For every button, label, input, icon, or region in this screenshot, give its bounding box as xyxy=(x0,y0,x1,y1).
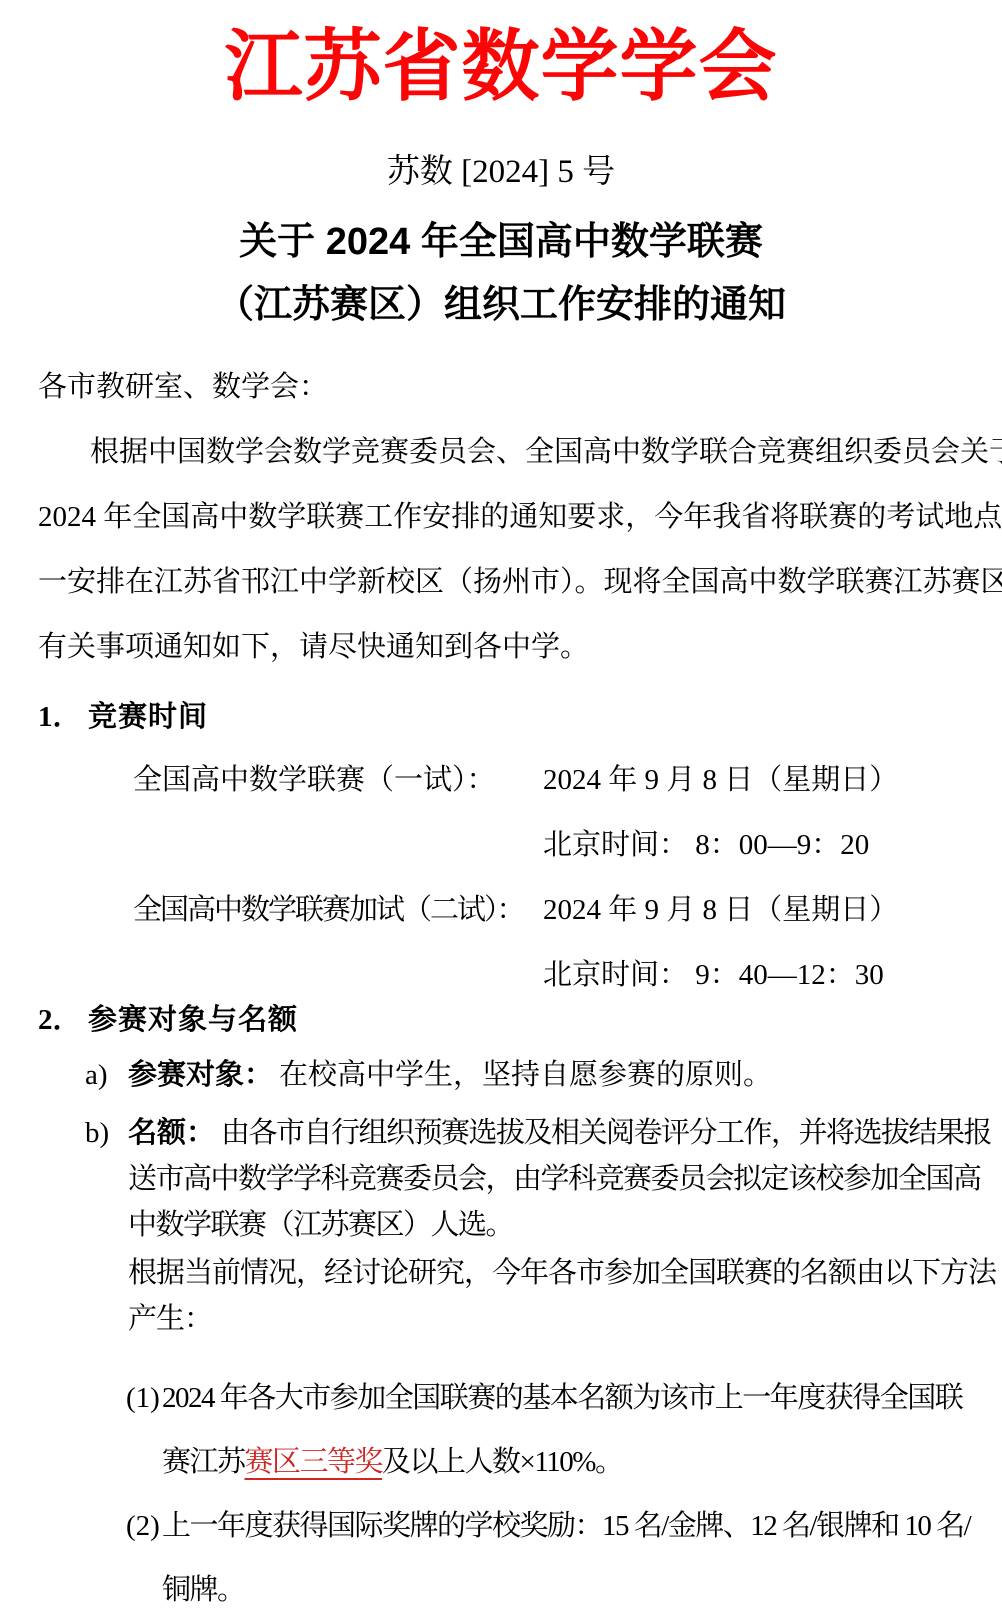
schedule-row-3-value: 2024 年 9 月 8 日（星期日） xyxy=(543,878,958,943)
item-a: a) 参赛对象：在校高中学生，坚持自愿参赛的原则。 xyxy=(38,1050,958,1100)
schedule-row-2: 北京时间： 8：00—9：20 xyxy=(133,813,958,878)
notice-document: 江苏省数学学会 苏数 [2024] 5 号 关于 2024 年全国高中数学联赛 … xyxy=(0,0,1002,1617)
schedule-row-1-label: 全国高中数学联赛（一试）： xyxy=(133,748,543,813)
list-item-2-marker: (2) xyxy=(126,1494,160,1558)
section-1-number: 1． xyxy=(38,692,88,742)
intro-line-1: 根据中国数学会数学竞赛委员会、全国高中数学联合竞赛组织委员会关于 xyxy=(38,420,958,485)
schedule-row-3-label: 全国高中数学联赛加试（二试）： xyxy=(133,878,543,943)
doc-number: 苏数 [2024] 5 号 xyxy=(0,152,1002,192)
section-1-heading: 1．竞赛时间 xyxy=(38,692,958,742)
salutation: 各市教研室、数学会： xyxy=(38,355,958,420)
org-title: 江苏省数学学会 xyxy=(0,0,1002,112)
item-b-line-2: 送市高中数学学科竞赛委员会，由学科竞赛委员会拟定该校参加全国高 xyxy=(128,1156,958,1202)
list-item-1-line-2-post: 及以上人数×110%。 xyxy=(382,1446,622,1478)
intro-line-2: 2024 年全国高中数学联赛工作安排的通知要求，今年我省将联赛的考试地点统 xyxy=(38,485,958,550)
list-item-1-marker: (1) xyxy=(126,1366,160,1430)
list-item-1-line-2-pre: 赛江苏 xyxy=(162,1446,245,1478)
item-a-text: 在校高中学生，坚持自愿参赛的原则。 xyxy=(279,1059,772,1091)
quota-paragraph-line-1: 根据当前情况，经讨论研究，今年各市参加全国联赛的名额由以下方法 xyxy=(128,1250,958,1296)
doc-title-line2: （江苏赛区）组织工作安排的通知 xyxy=(0,283,1002,327)
schedule-row-1: 全国高中数学联赛（一试）： 2024 年 9 月 8 日（星期日） xyxy=(133,748,958,813)
section-2-number: 2． xyxy=(38,998,88,1042)
item-b-line-1: 名额：由各市自行组织预赛选拔及相关阅卷评分工作，并将选拔结果报 xyxy=(128,1110,958,1156)
schedule-row-3: 全国高中数学联赛加试（二试）： 2024 年 9 月 8 日（星期日） xyxy=(133,878,958,943)
schedule-row-2-value: 北京时间： 8：00—9：20 xyxy=(543,813,958,878)
item-a-label: 参赛对象： xyxy=(128,1059,273,1091)
competition-schedule: 全国高中数学联赛（一试）： 2024 年 9 月 8 日（星期日） 北京时间： … xyxy=(38,748,958,1008)
list-item-1-line-2: 赛江苏赛区三等奖及以上人数×110%。 xyxy=(162,1430,958,1494)
quota-paragraph-line-2: 产生： xyxy=(128,1296,958,1342)
doc-title-line1: 关于 2024 年全国高中数学联赛 xyxy=(0,220,1002,264)
intro-line-4: 有关事项通知如下，请尽快通知到各中学。 xyxy=(38,615,958,680)
schedule-row-1-value: 2024 年 9 月 8 日（星期日） xyxy=(543,748,958,813)
quota-rules-list: (1) 2024 年各大市参加全国联赛的基本名额为该市上一年度获得全国联 赛江苏… xyxy=(38,1366,958,1617)
intro-paragraph: 各市教研室、数学会： 根据中国数学会数学竞赛委员会、全国高中数学联合竞赛组织委员… xyxy=(38,355,958,680)
item-b-label: 名额： xyxy=(128,1117,215,1149)
item-b-marker: b) xyxy=(85,1110,109,1156)
item-a-marker: a) xyxy=(85,1050,108,1100)
third-prize-highlight: 赛区三等奖 xyxy=(245,1446,383,1478)
quota-method-paragraph: 根据当前情况，经讨论研究，今年各市参加全国联赛的名额由以下方法 产生： xyxy=(38,1250,958,1342)
schedule-row-2-label xyxy=(133,813,543,878)
intro-line-3: 一安排在江苏省邗江中学新校区（扬州市）。现将全国高中数学联赛江苏赛区的 xyxy=(38,550,958,615)
item-b-line-1-text: 由各市自行组织预赛选拔及相关阅卷评分工作，并将选拔结果报 xyxy=(221,1117,991,1149)
section-2-title: 参赛对象与名额 xyxy=(88,1004,298,1036)
list-item-2-line-2: 铜牌。 xyxy=(162,1558,958,1617)
list-item-1-line-1: 2024 年各大市参加全国联赛的基本名额为该市上一年度获得全国联 xyxy=(162,1366,958,1430)
document-body: 各市教研室、数学会： 根据中国数学会数学竞赛委员会、全国高中数学联合竞赛组织委员… xyxy=(0,355,1002,1617)
list-item-2: (2) 上一年度获得国际奖牌的学校奖励：15 名/金牌、12 名/银牌和 10 … xyxy=(38,1494,958,1617)
list-item-2-line-1: 上一年度获得国际奖牌的学校奖励：15 名/金牌、12 名/银牌和 10 名/ xyxy=(162,1494,958,1558)
item-b-line-3: 中数学联赛（江苏赛区）人选。 xyxy=(128,1202,958,1248)
schedule-row-4-value: 北京时间： 9：40—12：30 xyxy=(543,943,958,1008)
list-item-1: (1) 2024 年各大市参加全国联赛的基本名额为该市上一年度获得全国联 赛江苏… xyxy=(38,1366,958,1494)
item-b: b) 名额：由各市自行组织预赛选拔及相关阅卷评分工作，并将选拔结果报 送市高中数… xyxy=(38,1110,958,1248)
section-1-title: 竞赛时间 xyxy=(88,701,208,733)
